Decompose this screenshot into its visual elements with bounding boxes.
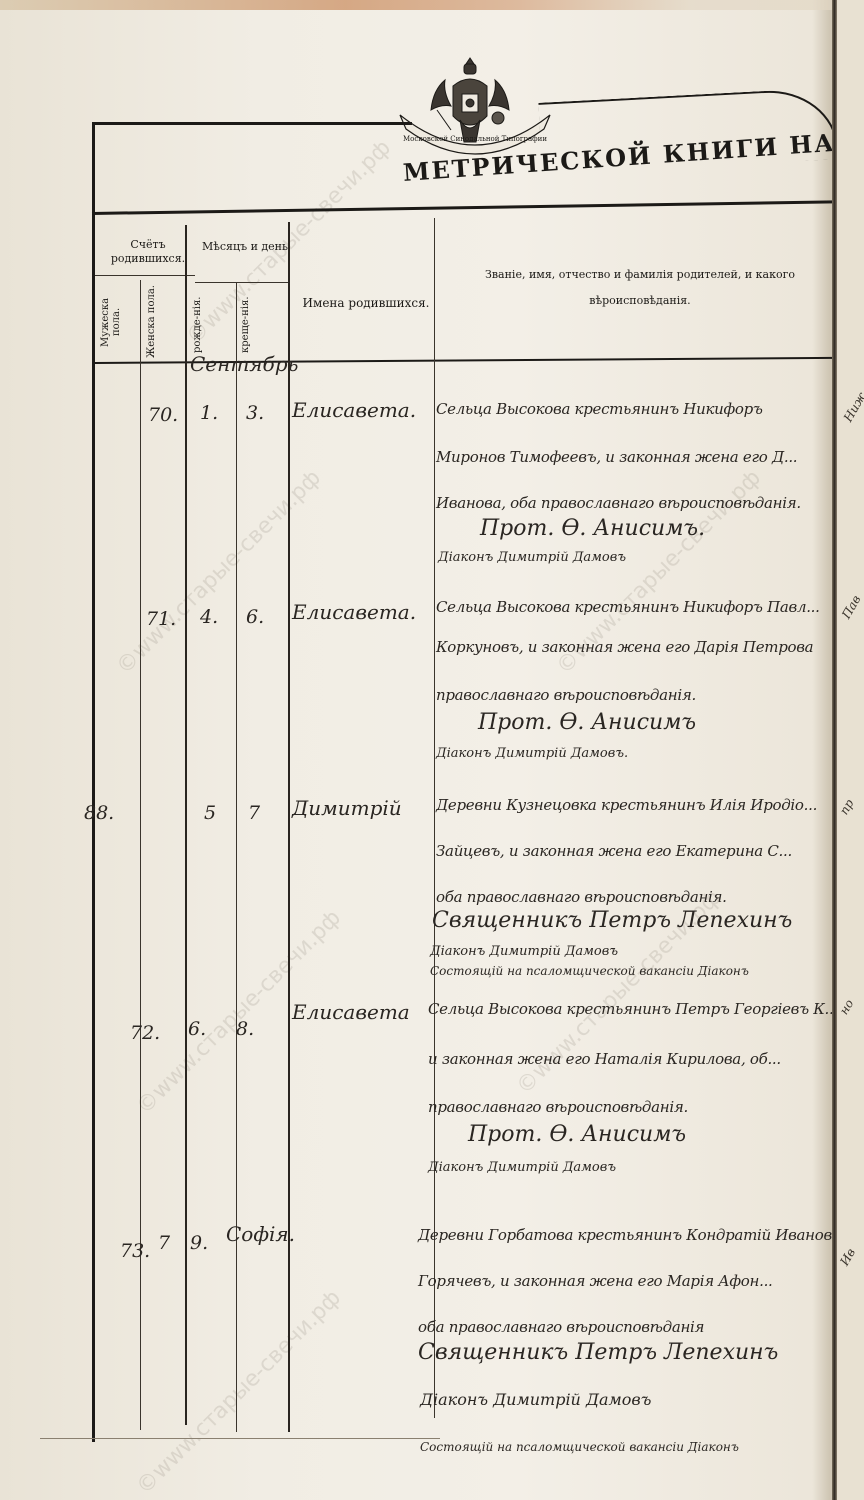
parents-line: оба православнаго вѣроисповѣданія. (436, 888, 727, 906)
baptism-day: 6. (246, 606, 264, 628)
deacon-signature: Діаконъ Димитрій Дамовъ. (436, 746, 628, 761)
header-subrule (95, 275, 195, 276)
birth-day: 1. (200, 402, 218, 424)
parents-line: Иванова, оба православнаго вѣроисповѣдан… (436, 494, 801, 512)
month-label: Сентябрь (190, 352, 298, 376)
baptism-day: 7 (248, 802, 260, 824)
column-divider (185, 225, 187, 1425)
header-date-birth: рожде-нія. (192, 290, 220, 360)
header-names: Имена родившихся. (296, 296, 436, 310)
column-divider (236, 282, 237, 1432)
baptism-day: 8. (236, 1018, 254, 1040)
parents-line: православнаго вѣроисповѣданія. (436, 686, 696, 704)
parents-line: Сельца Высокова крестьянинъ Петръ Георгі… (428, 1000, 838, 1018)
entry-note: Состоящій на псаломщической вакансіи Діа… (420, 1440, 739, 1454)
baptism-day: 3. (246, 402, 264, 424)
priest-signature: Прот. Ѳ. Анисимъ. (480, 516, 705, 541)
header-parents: Званіе, имя, отчество и фамилія родителе… (450, 262, 830, 314)
female-number: 70. (148, 404, 178, 426)
parents-line: Сельца Высокова крестьянинъ Никифоръ Пав… (436, 598, 820, 616)
birth-day: 5 (204, 802, 216, 824)
child-name: Елисавета. (292, 398, 416, 422)
parents-line: православнаго вѣроисповѣданія. (428, 1098, 688, 1116)
deacon-signature: Діаконъ Димитрій Дамовъ (420, 1390, 651, 1409)
priest-signature: Прот. Ѳ. Анисимъ (468, 1122, 686, 1147)
header-date-baptism: креще-нія. (240, 290, 268, 360)
female-number: 72. (130, 1022, 160, 1044)
parents-line: Зайцевъ, и законная жена его Екатерина С… (436, 842, 792, 860)
child-name: Софія. (226, 1222, 295, 1246)
female-number: 73. (120, 1240, 150, 1262)
birth-day: 7 (158, 1232, 170, 1254)
page-bottom-edge (40, 1438, 440, 1439)
parents-line: Горячевъ, и законная жена его Марія Афон… (418, 1272, 773, 1290)
birth-day: 6. (188, 1018, 206, 1040)
header-date-group: Мѣсяцъ и день (200, 240, 290, 254)
header-count-female: Женска пола. (146, 282, 176, 362)
header-count-group: Счётъ родившихся. (98, 238, 198, 266)
parents-line: Деревни Кузнецовка крестьянинъ Илія Ирод… (436, 796, 817, 814)
priest-signature: Прот. Ѳ. Анисимъ (478, 710, 696, 735)
priest-signature: Священникъ Петръ Лепехинъ (432, 908, 792, 933)
adjacent-page: Ниж Пав пр но Ив (837, 0, 864, 1500)
parents-line: оба православнаго вѣроисповѣданія (418, 1318, 704, 1336)
birth-day: 4. (200, 606, 218, 628)
register-page: ©www.старые-свечи.рф ©www.старые-свечи.р… (0, 0, 836, 1500)
parents-line: Миронов Тимофеевъ, и законная жена его Д… (436, 448, 797, 466)
header-subrule (195, 282, 290, 283)
column-divider (288, 222, 290, 1432)
deacon-signature: Діаконъ Димитрій Дамовъ (438, 550, 626, 565)
deacon-signature: Діаконъ Димитрій Дамовъ (430, 944, 618, 959)
child-name: Елисавета (292, 1000, 410, 1024)
priest-signature: Священникъ Петръ Лепехинъ (418, 1340, 778, 1365)
entry-note: Состоящій на псаломщической вакансіи Діа… (430, 964, 749, 978)
baptism-day: 9. (190, 1232, 208, 1254)
child-name: Елисавета. (292, 600, 416, 624)
parents-line: Сельца Высокова крестьянинъ Никифоръ (436, 400, 763, 418)
male-number: 88. (84, 802, 114, 824)
child-name: Димитрій (292, 796, 402, 820)
header-count-male: Мужеска пола. (100, 282, 130, 362)
female-number: 71. (146, 608, 176, 630)
deacon-signature: Діаконъ Димитрій Дамовъ (428, 1160, 616, 1175)
parents-line: Коркуновъ, и законная жена его Дарія Пет… (436, 638, 813, 656)
parents-line: и законная жена его Наталія Кирилова, об… (428, 1050, 781, 1068)
parents-line: Деревни Горбатова крестьянинъ Кондратій … (418, 1226, 845, 1244)
